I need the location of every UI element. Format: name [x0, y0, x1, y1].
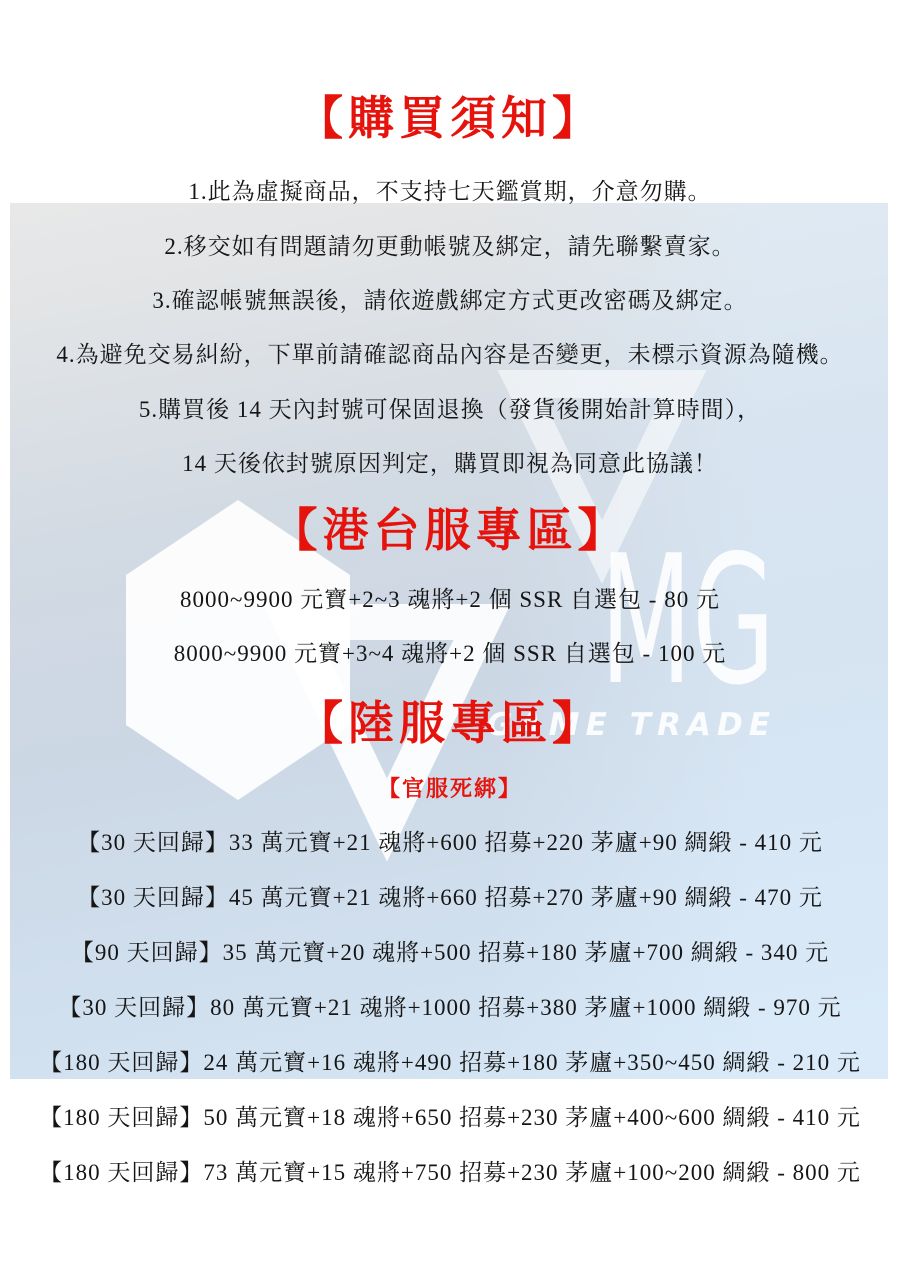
hk-tw-section-title: 【港台服專區】	[0, 502, 900, 560]
cn-price-line: 【30 天回歸】45 萬元寶+21 魂將+660 招募+270 茅廬+90 綢緞…	[0, 884, 900, 913]
cn-price-line: 【30 天回歸】80 萬元寶+21 魂將+1000 招募+380 茅廬+1000…	[0, 994, 900, 1023]
cn-price-line: 【180 天回歸】24 萬元寶+16 魂將+490 招募+180 茅廬+350~…	[0, 1049, 900, 1078]
notice-line: 3.確認帳號無誤後，請依遊戲綁定方式更改密碼及綁定。	[0, 287, 900, 316]
cn-price-line: 【180 天回歸】73 萬元寶+15 魂將+750 招募+230 茅廬+100~…	[0, 1159, 900, 1188]
notice-line: 4.為避免交易糾紛，下單前請確認商品內容是否變更，未標示資源為隨機。	[0, 341, 900, 370]
notice-line: 2.移交如有問題請勿更動帳號及綁定，請先聯繫賣家。	[0, 233, 900, 262]
cn-price-line: 【90 天回歸】35 萬元寶+20 魂將+500 招募+180 茅廬+700 綢…	[0, 939, 900, 968]
page: MG GAME TRADE 【購買須知】 1.此為虛擬商品，不支持七天鑑賞期，介…	[0, 0, 900, 1273]
notice-line: 5.購買後 14 天內封號可保固退換（發貨後開始計算時間），	[0, 396, 900, 425]
cn-section-title: 【陸服專區】	[0, 695, 900, 753]
notice-line: 14 天後依封號原因判定，購買即視為同意此協議！	[0, 450, 900, 479]
cn-section-subtitle: 【官服死綁】	[0, 775, 900, 803]
purchase-notice-title: 【購買須知】	[0, 90, 900, 148]
hk-tw-price-line: 8000~9900 元寶+3~4 魂將+2 個 SSR 自選包 - 100 元	[0, 640, 900, 669]
cn-price-line: 【30 天回歸】33 萬元寶+21 魂將+600 招募+220 茅廬+90 綢緞…	[0, 829, 900, 858]
notice-line: 1.此為虛擬商品，不支持七天鑑賞期，介意勿購。	[0, 178, 900, 207]
hk-tw-price-line: 8000~9900 元寶+2~3 魂將+2 個 SSR 自選包 - 80 元	[0, 586, 900, 615]
cn-price-line: 【180 天回歸】50 萬元寶+18 魂將+650 招募+230 茅廬+400~…	[0, 1104, 900, 1133]
